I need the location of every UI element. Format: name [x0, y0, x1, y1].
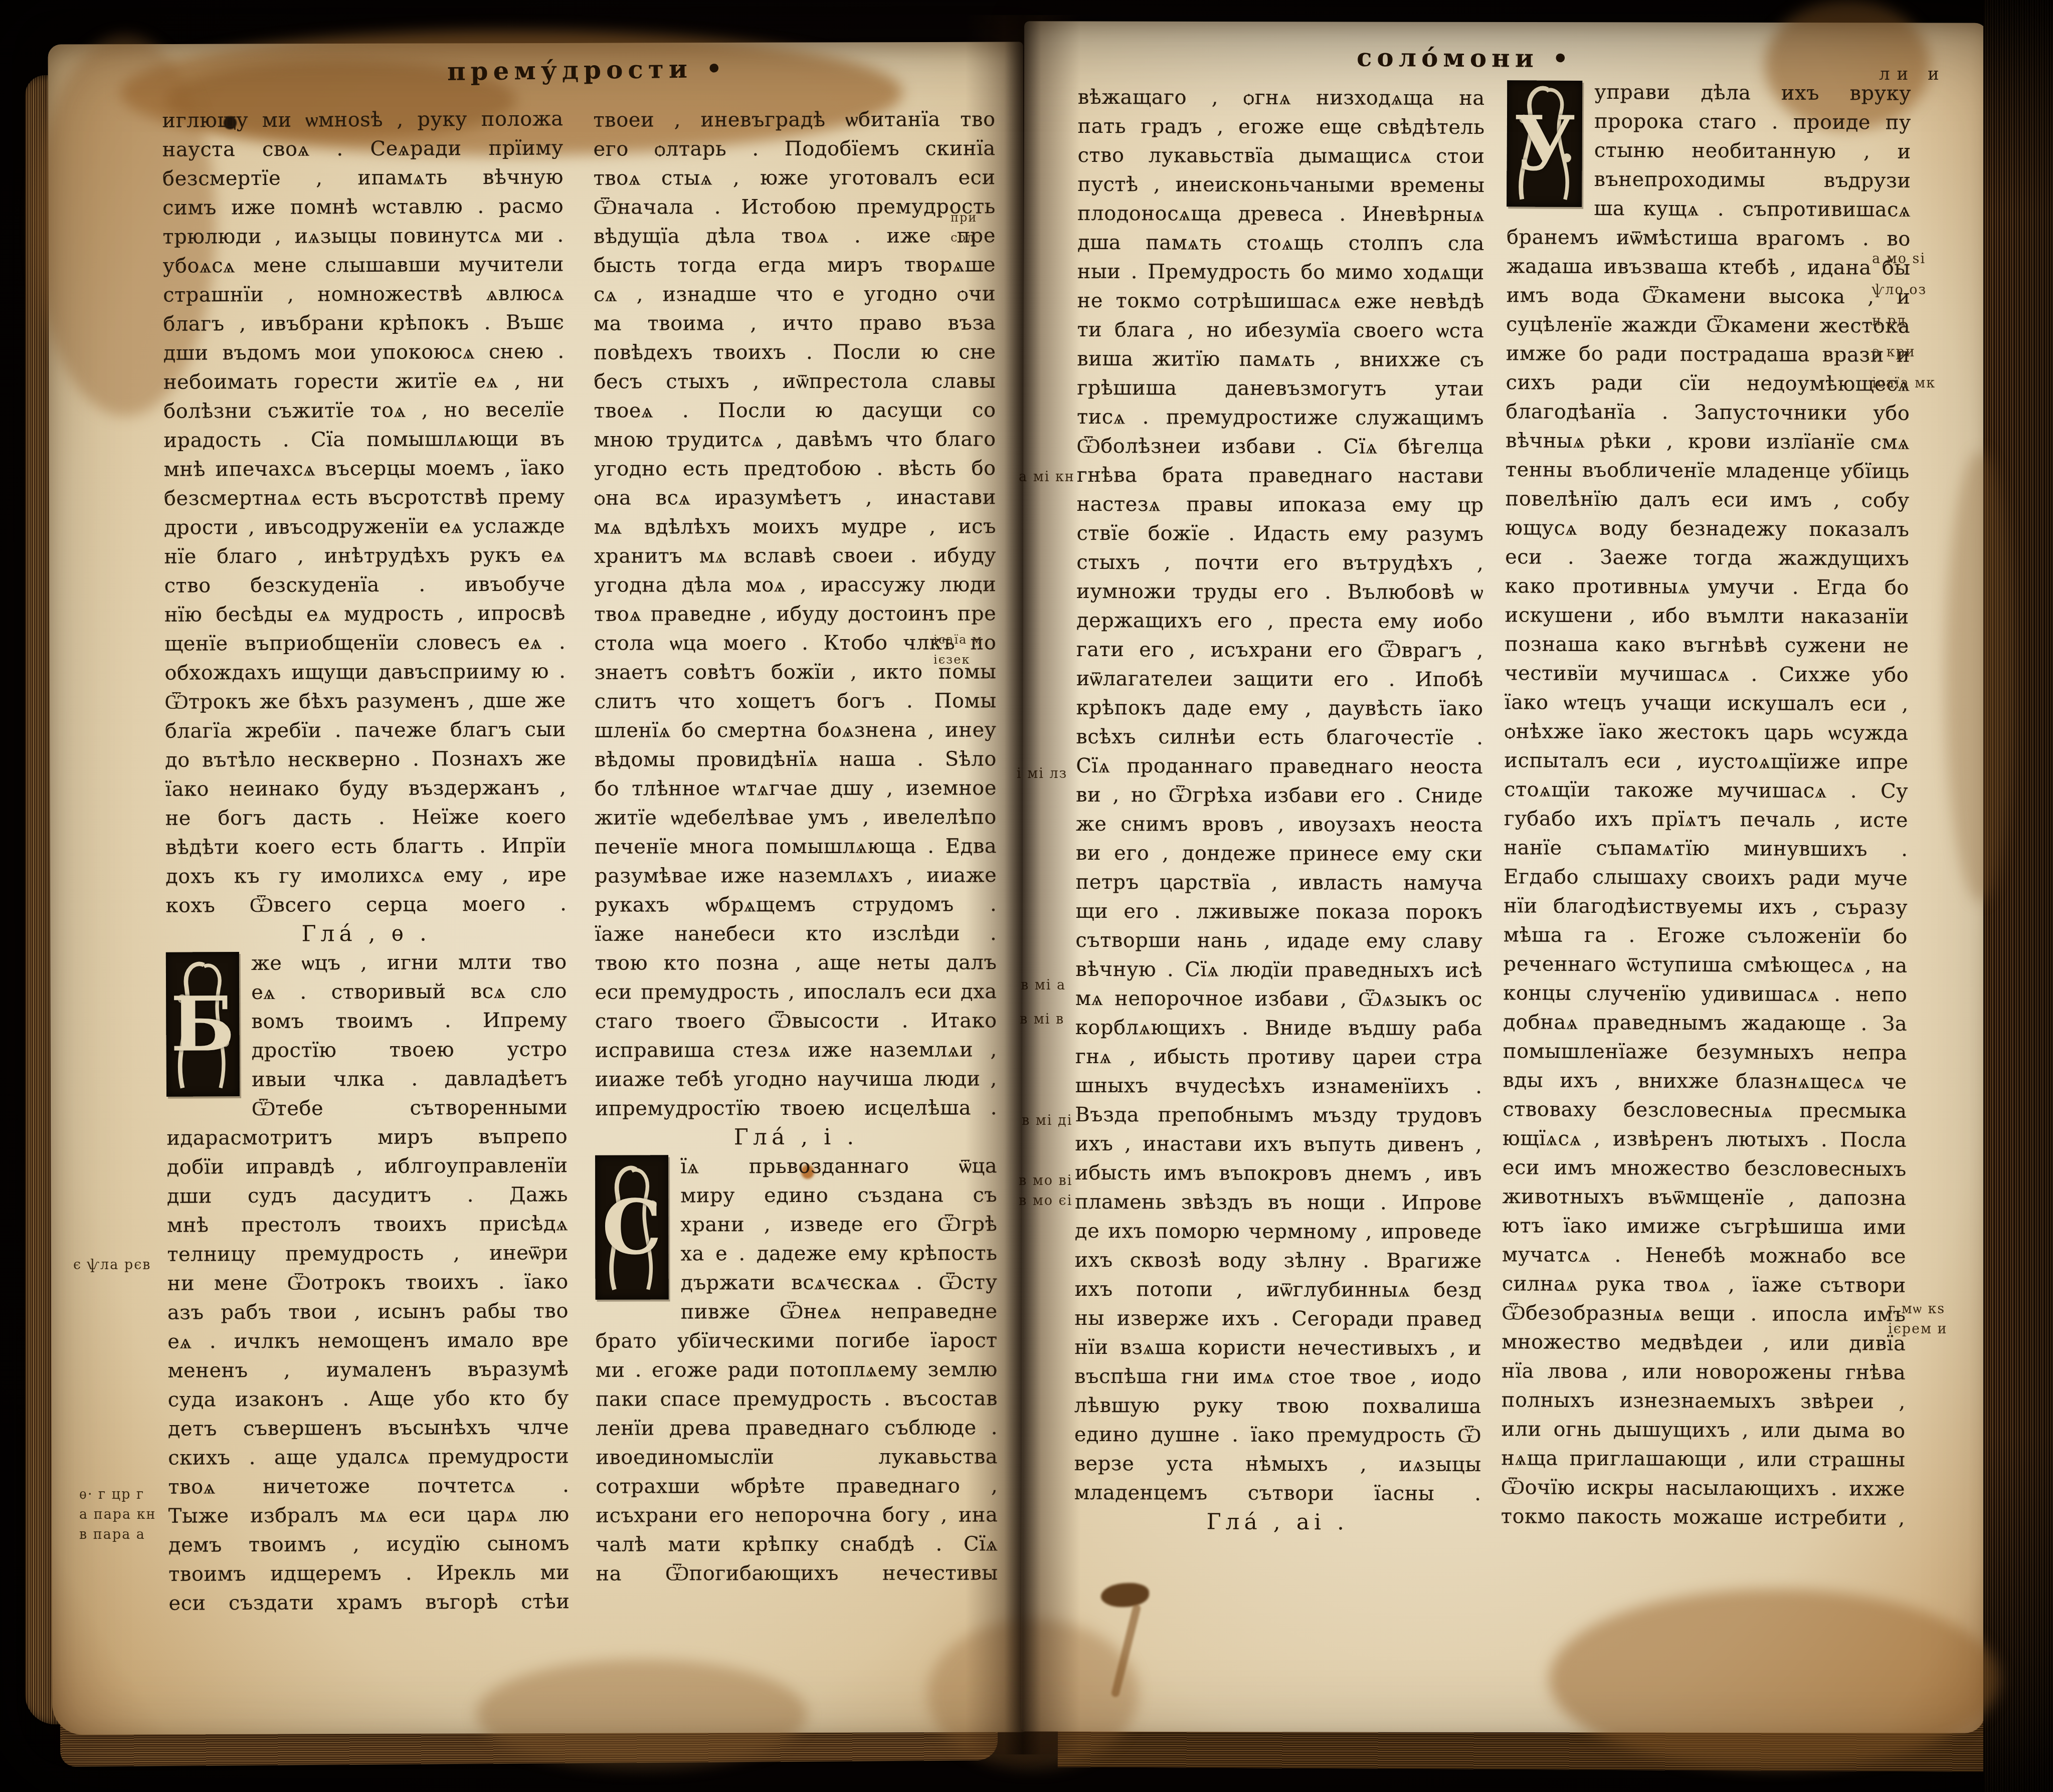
- woodcut-initial-s: С: [595, 1155, 669, 1299]
- column-3-text: вѣжащаго , ѻгнѧ низходѧща напать градъ ,…: [1074, 83, 1484, 1508]
- column-4-lines: управи дѣла ихъ врукупророка стаго . про…: [1501, 77, 1912, 1532]
- column-2-text-b: С їѧ прьвозданнаго ѿцамиру едино създана…: [595, 1151, 998, 1588]
- column-1-text-b: Б же ѡцъ , игни млти твоеѧ . створивый в…: [166, 947, 570, 1618]
- margin-note-ref-4: в мі в: [1020, 1012, 1064, 1027]
- margin-note-kings-ref: ѳ· г цр га пара кнв пара а: [79, 1485, 156, 1545]
- initial-letter: У: [1507, 80, 1582, 207]
- margin-note-ref: є ѱла рєв: [73, 1257, 151, 1273]
- column-2-text-a: твоеи , иневъградѣ ѡбитанїа твоего ѻлтар…: [593, 105, 997, 1123]
- chapter-heading-10: Гла́ , і .: [595, 1122, 997, 1152]
- margin-note-isaiah-ref: ісаїа мієзек: [934, 630, 983, 670]
- running-head-right: соло́мони •: [1357, 43, 1574, 73]
- margin-note-proverbs-ref: присол: [951, 208, 977, 248]
- margin-note-ref-1: а мі кн: [1019, 469, 1075, 485]
- column-2: твоеи , иневъградѣ ѡбитанїа твоего ѻлтар…: [593, 105, 998, 1588]
- initial-letter: Б: [166, 952, 240, 1097]
- running-head-left: прему́дрости •: [447, 54, 727, 86]
- margin-note-refs-outer: а мо ѕіѱло озн рда криісаїа мк: [1872, 244, 1936, 399]
- initial-letter: С: [595, 1155, 669, 1299]
- woodcut-initial-b: Б: [166, 952, 240, 1097]
- chapter-heading-11: Гла́ , аі .: [1074, 1507, 1481, 1537]
- open-book-photo: прему́дрости • соло́мони • ли и иглющу м…: [0, 0, 2053, 1792]
- book-fore-edge: [1983, 0, 2053, 1792]
- margin-note-ref-3: в мі а: [1021, 977, 1066, 993]
- woodcut-initial-u: У: [1507, 80, 1582, 207]
- column-1: иглющу ми ѡмноѕѣ , руку положанауста сво…: [162, 104, 570, 1618]
- column-1-text-a: иглющу ми ѡмноѕѣ , руку положанауста сво…: [162, 104, 567, 920]
- margin-note-jeremiah-ref: г мѡ кѕієрем и: [1888, 1299, 1948, 1339]
- column-4: У управи дѣла ихъ врукупророка стаго . п…: [1501, 77, 1912, 1532]
- margin-note-ref-2: і мі лз: [1017, 766, 1067, 781]
- column-3: вѣжащаго , ѻгнѧ низходѧща напать градъ ,…: [1074, 83, 1485, 1537]
- margin-note-ref-5: в мі ді: [1022, 1113, 1072, 1128]
- margin-note-ref-6: в мо вів мо єі: [1019, 1171, 1072, 1211]
- chapter-heading-9: Гла́ , ѳ .: [166, 918, 567, 949]
- column-4-text: У управи дѣла ихъ врукупророка стаго . п…: [1501, 77, 1912, 1532]
